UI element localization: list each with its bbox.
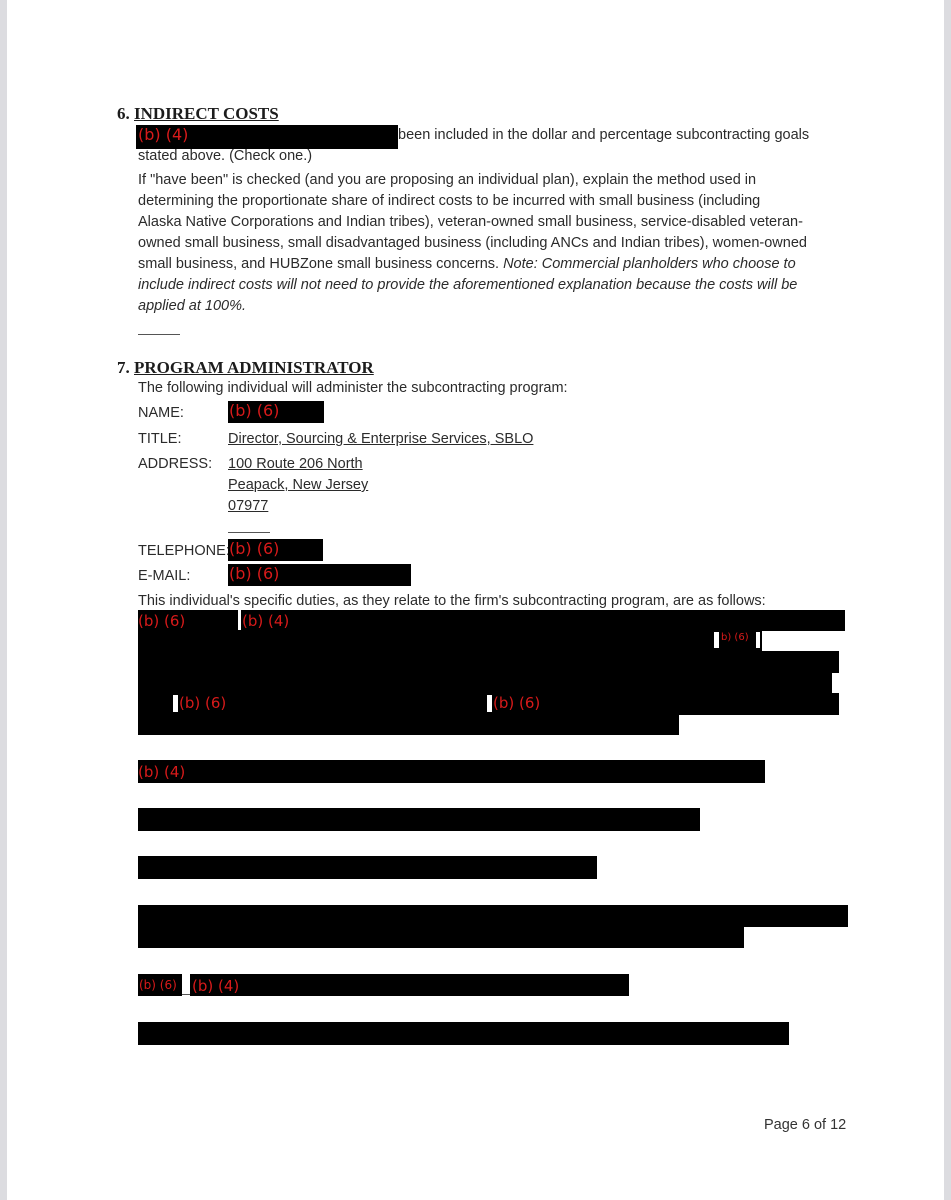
section-6-note-line: applied at 100%.: [138, 296, 246, 317]
redaction-gap: [714, 632, 719, 648]
section-6-number: 6.: [117, 104, 130, 123]
redaction-gap: [756, 632, 760, 648]
section-7-number: 7.: [117, 358, 130, 377]
redaction-block: [138, 715, 679, 735]
name-label: NAME:: [138, 403, 184, 424]
redaction-label: (b) (6): [139, 979, 177, 991]
address-label: ADDRESS:: [138, 454, 212, 475]
email-label: E-MAIL:: [138, 566, 190, 587]
redaction-bar: [138, 905, 848, 927]
section-6-note-line: include indirect costs will not need to …: [138, 275, 797, 296]
section-6-note-text: applied at 100%.: [138, 298, 246, 314]
section-6-title: INDIRECT COSTS: [134, 104, 279, 123]
section-6-line2: stated above. (Check one.): [138, 146, 312, 167]
section-6-para-text: small business, and HUBZone small busine…: [138, 256, 503, 272]
redaction-bar: [138, 1022, 789, 1045]
title-value: Director, Sourcing & Enterprise Services…: [228, 429, 533, 450]
blank-rule: [182, 994, 190, 995]
viewer-edge-right: [944, 0, 951, 1200]
redaction-label: (b) (4): [192, 977, 239, 995]
redaction-block: [138, 673, 832, 693]
section-6-note: Note: Commercial planholders who choose …: [503, 256, 796, 272]
redaction-label: b) (6): [721, 632, 749, 644]
section-7-title: PROGRAM ADMINISTRATOR: [134, 358, 374, 377]
redaction-bar: [138, 856, 597, 879]
blank-rule: [138, 334, 180, 335]
redaction-label: (b) (4): [138, 126, 188, 144]
redaction-bar: [138, 927, 744, 948]
address-line: Peapack, New Jersey: [228, 475, 368, 496]
telephone-label: TELEPHONE:: [138, 541, 230, 562]
redaction-gap: [487, 695, 492, 712]
redaction-label: (b) (6): [493, 694, 540, 712]
redaction-label: (b) (4): [242, 612, 289, 630]
duties-intro: This individual's specific duties, as th…: [138, 591, 766, 612]
redaction-gap: [173, 695, 178, 712]
telephone-redaction-label: (b) (6): [229, 540, 279, 558]
blank-rule: [228, 532, 270, 533]
redaction-label: (b) (4): [138, 763, 185, 781]
name-redaction-label: (b) (6): [229, 402, 279, 420]
page-number: Page 6 of 12: [764, 1117, 846, 1133]
section-6-para-line: If "have been" is checked (and you are p…: [138, 170, 756, 191]
title-label: TITLE:: [138, 429, 182, 450]
redaction-gap: [238, 610, 241, 630]
redaction-label: (b) (6): [138, 612, 185, 630]
redaction-bar: [138, 760, 765, 783]
section-6-line1: been included in the dollar and percenta…: [398, 125, 809, 146]
section-6-note-text: include indirect costs will not need to …: [138, 277, 797, 293]
viewer-edge-left: [0, 0, 7, 1200]
address-line: 07977: [228, 496, 268, 517]
section-7-heading: 7. PROGRAM ADMINISTRATOR: [117, 358, 374, 378]
redaction-block: [138, 651, 839, 673]
redaction-bar: [138, 808, 700, 831]
document-page: 6. INDIRECT COSTS (b) (4) been included …: [7, 0, 944, 1200]
section-6-heading: 6. INDIRECT COSTS: [117, 104, 279, 124]
section-6-para-line: owned small business, small disadvantage…: [138, 233, 807, 254]
redaction-bar: [190, 974, 629, 996]
section-7-intro: The following individual will administer…: [138, 378, 568, 399]
address-line: 100 Route 206 North: [228, 454, 363, 475]
section-6-para-line: Alaska Native Corporations and Indian tr…: [138, 212, 803, 233]
redaction-block: [138, 631, 762, 651]
email-redaction-label: (b) (6): [229, 565, 279, 583]
section-6-para-line: small business, and HUBZone small busine…: [138, 254, 796, 275]
section-6-para-line: determining the proportionate share of i…: [138, 191, 760, 212]
redaction-label: (b) (6): [179, 694, 226, 712]
